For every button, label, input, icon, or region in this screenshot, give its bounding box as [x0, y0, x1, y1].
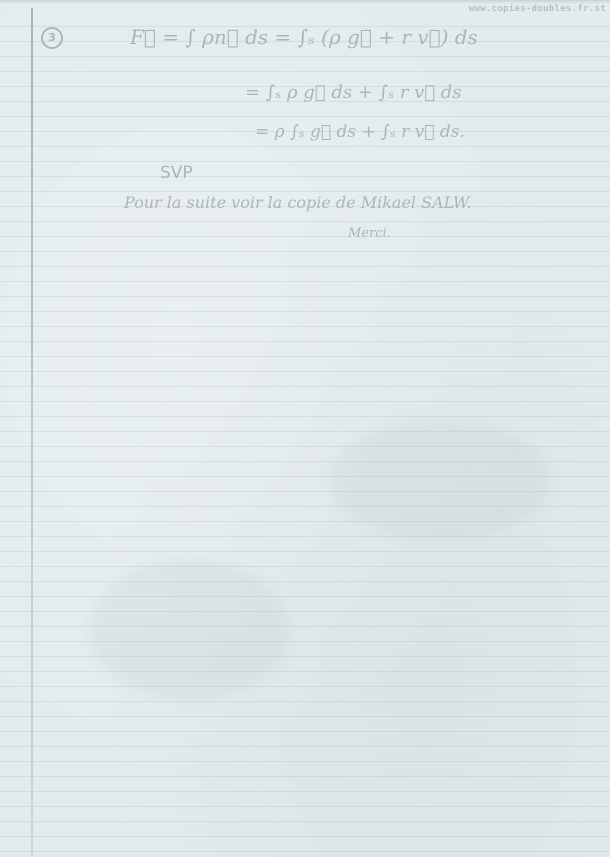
continuation-note: Pour la suite voir la copie de Mikael SA… [124, 193, 472, 212]
svp-note: SVP [160, 163, 193, 183]
equation-line-2: = ∫ₛ ρ g⃗ ds + ∫ₛ r v⃗ ds [245, 82, 462, 103]
notebook-page: www.copies-doubles.fr.st 3 F⃗ = ∫ ρn⃗ ds… [0, 0, 610, 857]
paper-smudge [90, 560, 290, 700]
watermark: www.copies-doubles.fr.st [469, 4, 606, 14]
equation-line-3: = ρ ∫ₛ g⃗ ds + ∫ₛ r v⃗ ds. [255, 122, 465, 142]
paper-smudge [330, 420, 550, 540]
thanks-note: Merci. [348, 226, 391, 241]
exercise-number-badge: 3 [41, 27, 63, 49]
margin-line [31, 8, 33, 857]
equation-line-1: F⃗ = ∫ ρn⃗ ds = ∫ₛ (ρ g⃗ + r v⃗) ds [130, 25, 478, 49]
